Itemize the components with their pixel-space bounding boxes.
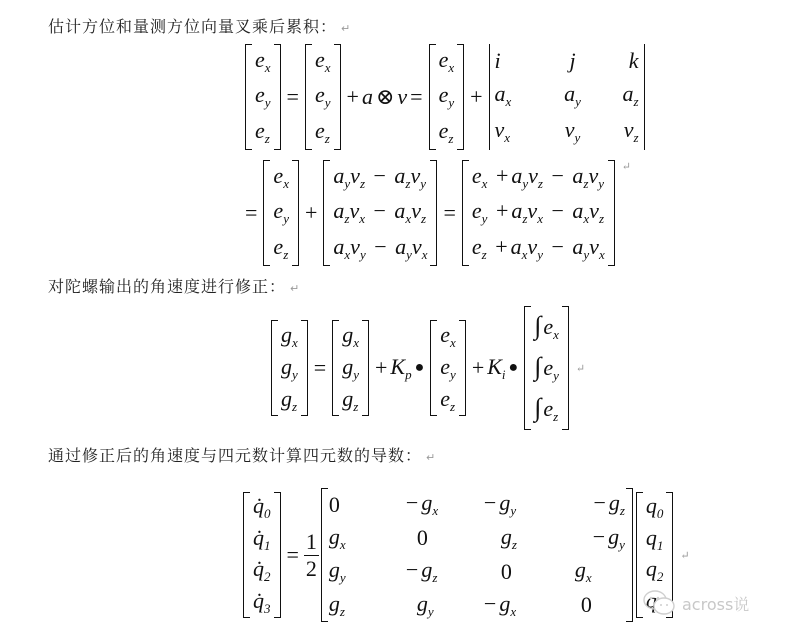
paragraph-text: 估计方位和量测方位向量叉乘后累积： [48, 17, 337, 36]
result-vector: ex +ayvz − azvy ey +azvx − axvz ez +axvy… [462, 160, 615, 266]
determinant-matrix: ijk axayaz vxvyvz [489, 44, 645, 150]
watermark: across说 [642, 588, 749, 618]
paragraph-mark-icon: ↵ [622, 160, 631, 173]
quaternion-derivative-vector: q̇0q̇1q̇2q̇3 [243, 492, 281, 618]
equation-cross-product: exeyez = exeyez +a⊗v= exeyez + ijk axaya… [242, 44, 648, 150]
omega-matrix: 0−gx−gy−gz gx0gz−gy gy−gz0gx gzgy−gx0 [321, 488, 633, 622]
paragraph-text: 对陀螺输出的角速度进行修正： [48, 277, 286, 296]
error-vector: exeyez [305, 44, 341, 150]
paragraph-mark-icon: ↵ [576, 362, 585, 375]
error-vector: exeyez [429, 44, 465, 150]
error-vector: exeyez [263, 160, 299, 266]
paragraph-text: 通过修正后的角速度与四元数计算四元数的导数： [48, 446, 422, 465]
equation-quaternion-derivative: q̇0q̇1q̇2q̇3 = 12 0−gx−gy−gz gx0gz−gy gy… [240, 488, 690, 622]
equation-cross-expansion: = exeyez + ayvz − azvy azvx − axvz axvy … [242, 160, 631, 266]
paragraph-quaternion-derivative: 通过修正后的角速度与四元数计算四元数的导数：↵ [48, 443, 436, 466]
cross-product-vector: ayvz − azvy azvx − axvz axvy − ayvx [323, 160, 437, 266]
paragraph-mark-icon: ↵ [341, 22, 351, 35]
gyro-vector: gxgygz [332, 320, 369, 416]
paragraph-gyro-correction: 对陀螺输出的角速度进行修正：↵ [48, 274, 300, 297]
paragraph-mark-icon: ↵ [426, 451, 436, 464]
error-vector: exeyez [430, 320, 466, 416]
watermark-text: across说 [682, 592, 749, 615]
integral-error-vector: ∫ex ∫ey ∫ez [524, 306, 569, 430]
wechat-icon [642, 588, 676, 618]
fraction-one-half: 12 [304, 529, 319, 582]
equation-gyro-correction: gxgygz = gxgygz +Kp● exeyez +Ki● ∫ex ∫ey… [268, 306, 585, 430]
paragraph-mark-icon: ↵ [290, 282, 300, 295]
error-vector: exeyez [245, 44, 281, 150]
paragraph-cross-product: 估计方位和量测方位向量叉乘后累积：↵ [48, 14, 351, 37]
paragraph-mark-icon: ↵ [680, 549, 689, 562]
gyro-vector: gxgygz [271, 320, 308, 416]
